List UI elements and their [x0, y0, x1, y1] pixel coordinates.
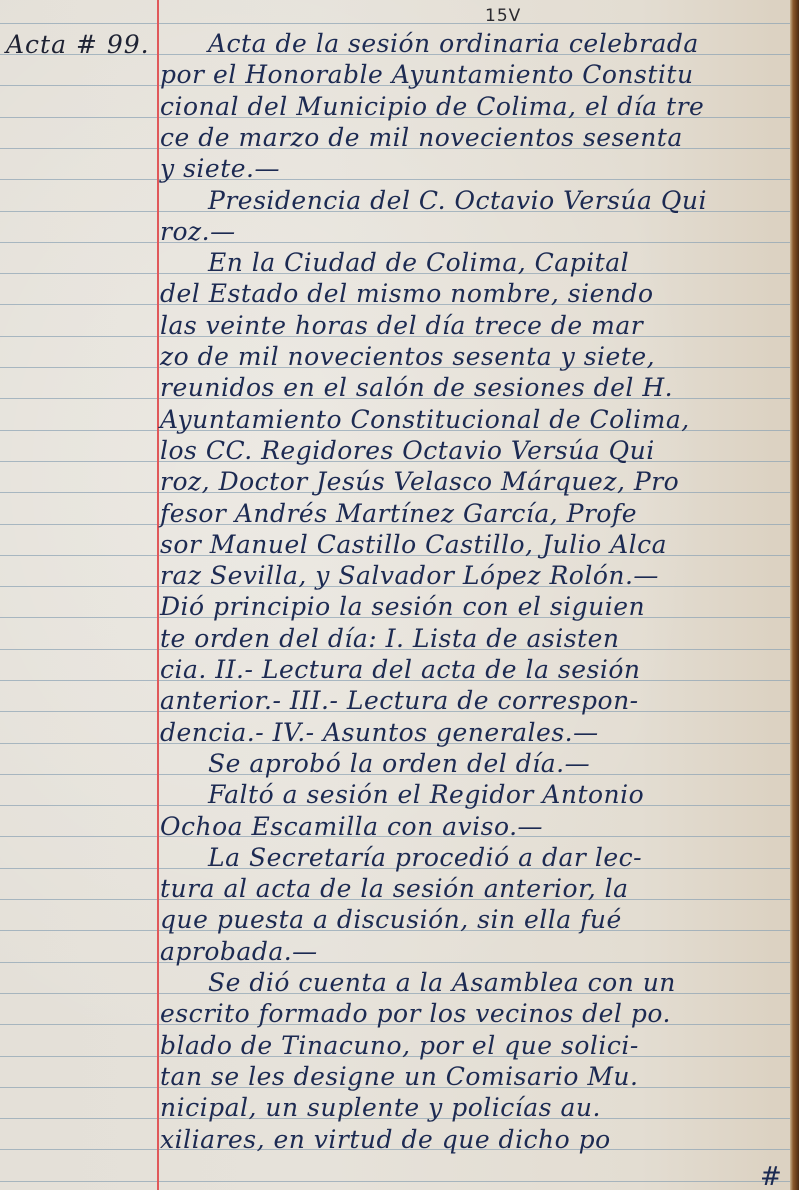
handwritten-line: del Estado del mismo nombre, siendo — [160, 278, 654, 309]
handwritten-line: zo de mil novecientos sesenta y siete, — [160, 341, 655, 372]
handwritten-line: fesor Andrés Martínez García, Profe — [160, 498, 637, 529]
handwritten-line: tan se les designe un Comisario Mu. — [160, 1061, 638, 1092]
handwritten-line: blado de Tinacuno, por el que solici- — [160, 1030, 639, 1061]
handwritten-line: xiliares, en virtud de que dicho po — [160, 1124, 611, 1155]
handwritten-line: Ayuntamiento Constitucional de Colima, — [160, 404, 690, 435]
handwritten-line: nicipal, un suplente y policías au. — [160, 1092, 601, 1123]
handwritten-line: que puesta a discusión, sin ella fué — [160, 904, 622, 935]
handwritten-line: por el Honorable Ayuntamiento Constitu — [160, 59, 694, 90]
page-number: 15V — [485, 6, 521, 26]
handwritten-line: Se aprobó la orden del día.— — [208, 748, 590, 779]
rule-line — [0, 962, 790, 963]
handwritten-line: tura al acta de la sesión anterior, la — [160, 873, 629, 904]
handwritten-line: y siete.— — [160, 153, 280, 184]
handwritten-line: Se dió cuenta a la Asamblea con un — [208, 967, 676, 998]
page-binding-edge — [790, 0, 799, 1190]
handwritten-line: Ochoa Escamilla con aviso.— — [160, 811, 543, 842]
handwritten-line: Dió principio la sesión con el siguien — [160, 591, 645, 622]
rule-line — [0, 23, 790, 24]
handwritten-line: Acta de la sesión ordinaria celebrada — [208, 28, 699, 59]
handwritten-line: las veinte horas del día trece de mar — [160, 310, 643, 341]
handwritten-line: Presidencia del C. Octavio Versúa Qui — [208, 185, 707, 216]
rule-line — [0, 242, 790, 243]
handwritten-line: sor Manuel Castillo Castillo, Julio Alca — [160, 529, 667, 560]
handwritten-line: ce de marzo de mil novecientos sesenta — [160, 122, 683, 153]
handwritten-line: cia. II.- Lectura del acta de la sesión — [160, 654, 640, 685]
handwritten-line: La Secretaría procedió a dar lec- — [208, 842, 642, 873]
handwritten-line: aprobada.— — [160, 936, 318, 967]
handwritten-line: Faltó a sesión el Regidor Antonio — [208, 779, 644, 810]
handwritten-line: los CC. Regidores Octavio Versúa Qui — [160, 435, 655, 466]
ledger-page: 15V Acta # 99. Acta de la sesión ordinar… — [0, 0, 799, 1190]
acta-number-label: Acta # 99. — [6, 30, 150, 59]
handwritten-line: dencia.- IV.- Asuntos generales.— — [160, 717, 599, 748]
rule-line — [0, 1181, 790, 1182]
handwritten-line: cional del Municipio de Colima, el día t… — [160, 91, 704, 122]
corner-hash-mark: # — [760, 1162, 782, 1190]
red-margin-line — [157, 0, 159, 1190]
handwritten-line: raz Sevilla, y Salvador López Rolón.— — [160, 560, 659, 591]
handwritten-line: te orden del día: I. Lista de asisten — [160, 623, 620, 654]
handwritten-line: reunidos en el salón de sesiones del H. — [160, 372, 673, 403]
rule-line — [0, 179, 790, 180]
handwritten-line: roz, Doctor Jesús Velasco Márquez, Pro — [160, 466, 679, 497]
handwritten-line: roz.— — [160, 216, 236, 247]
handwritten-line: escrito formado por los vecinos del po. — [160, 998, 671, 1029]
handwritten-line: anterior.- III.- Lectura de correspon- — [160, 685, 639, 716]
handwritten-line: En la Ciudad de Colima, Capital — [208, 247, 629, 278]
